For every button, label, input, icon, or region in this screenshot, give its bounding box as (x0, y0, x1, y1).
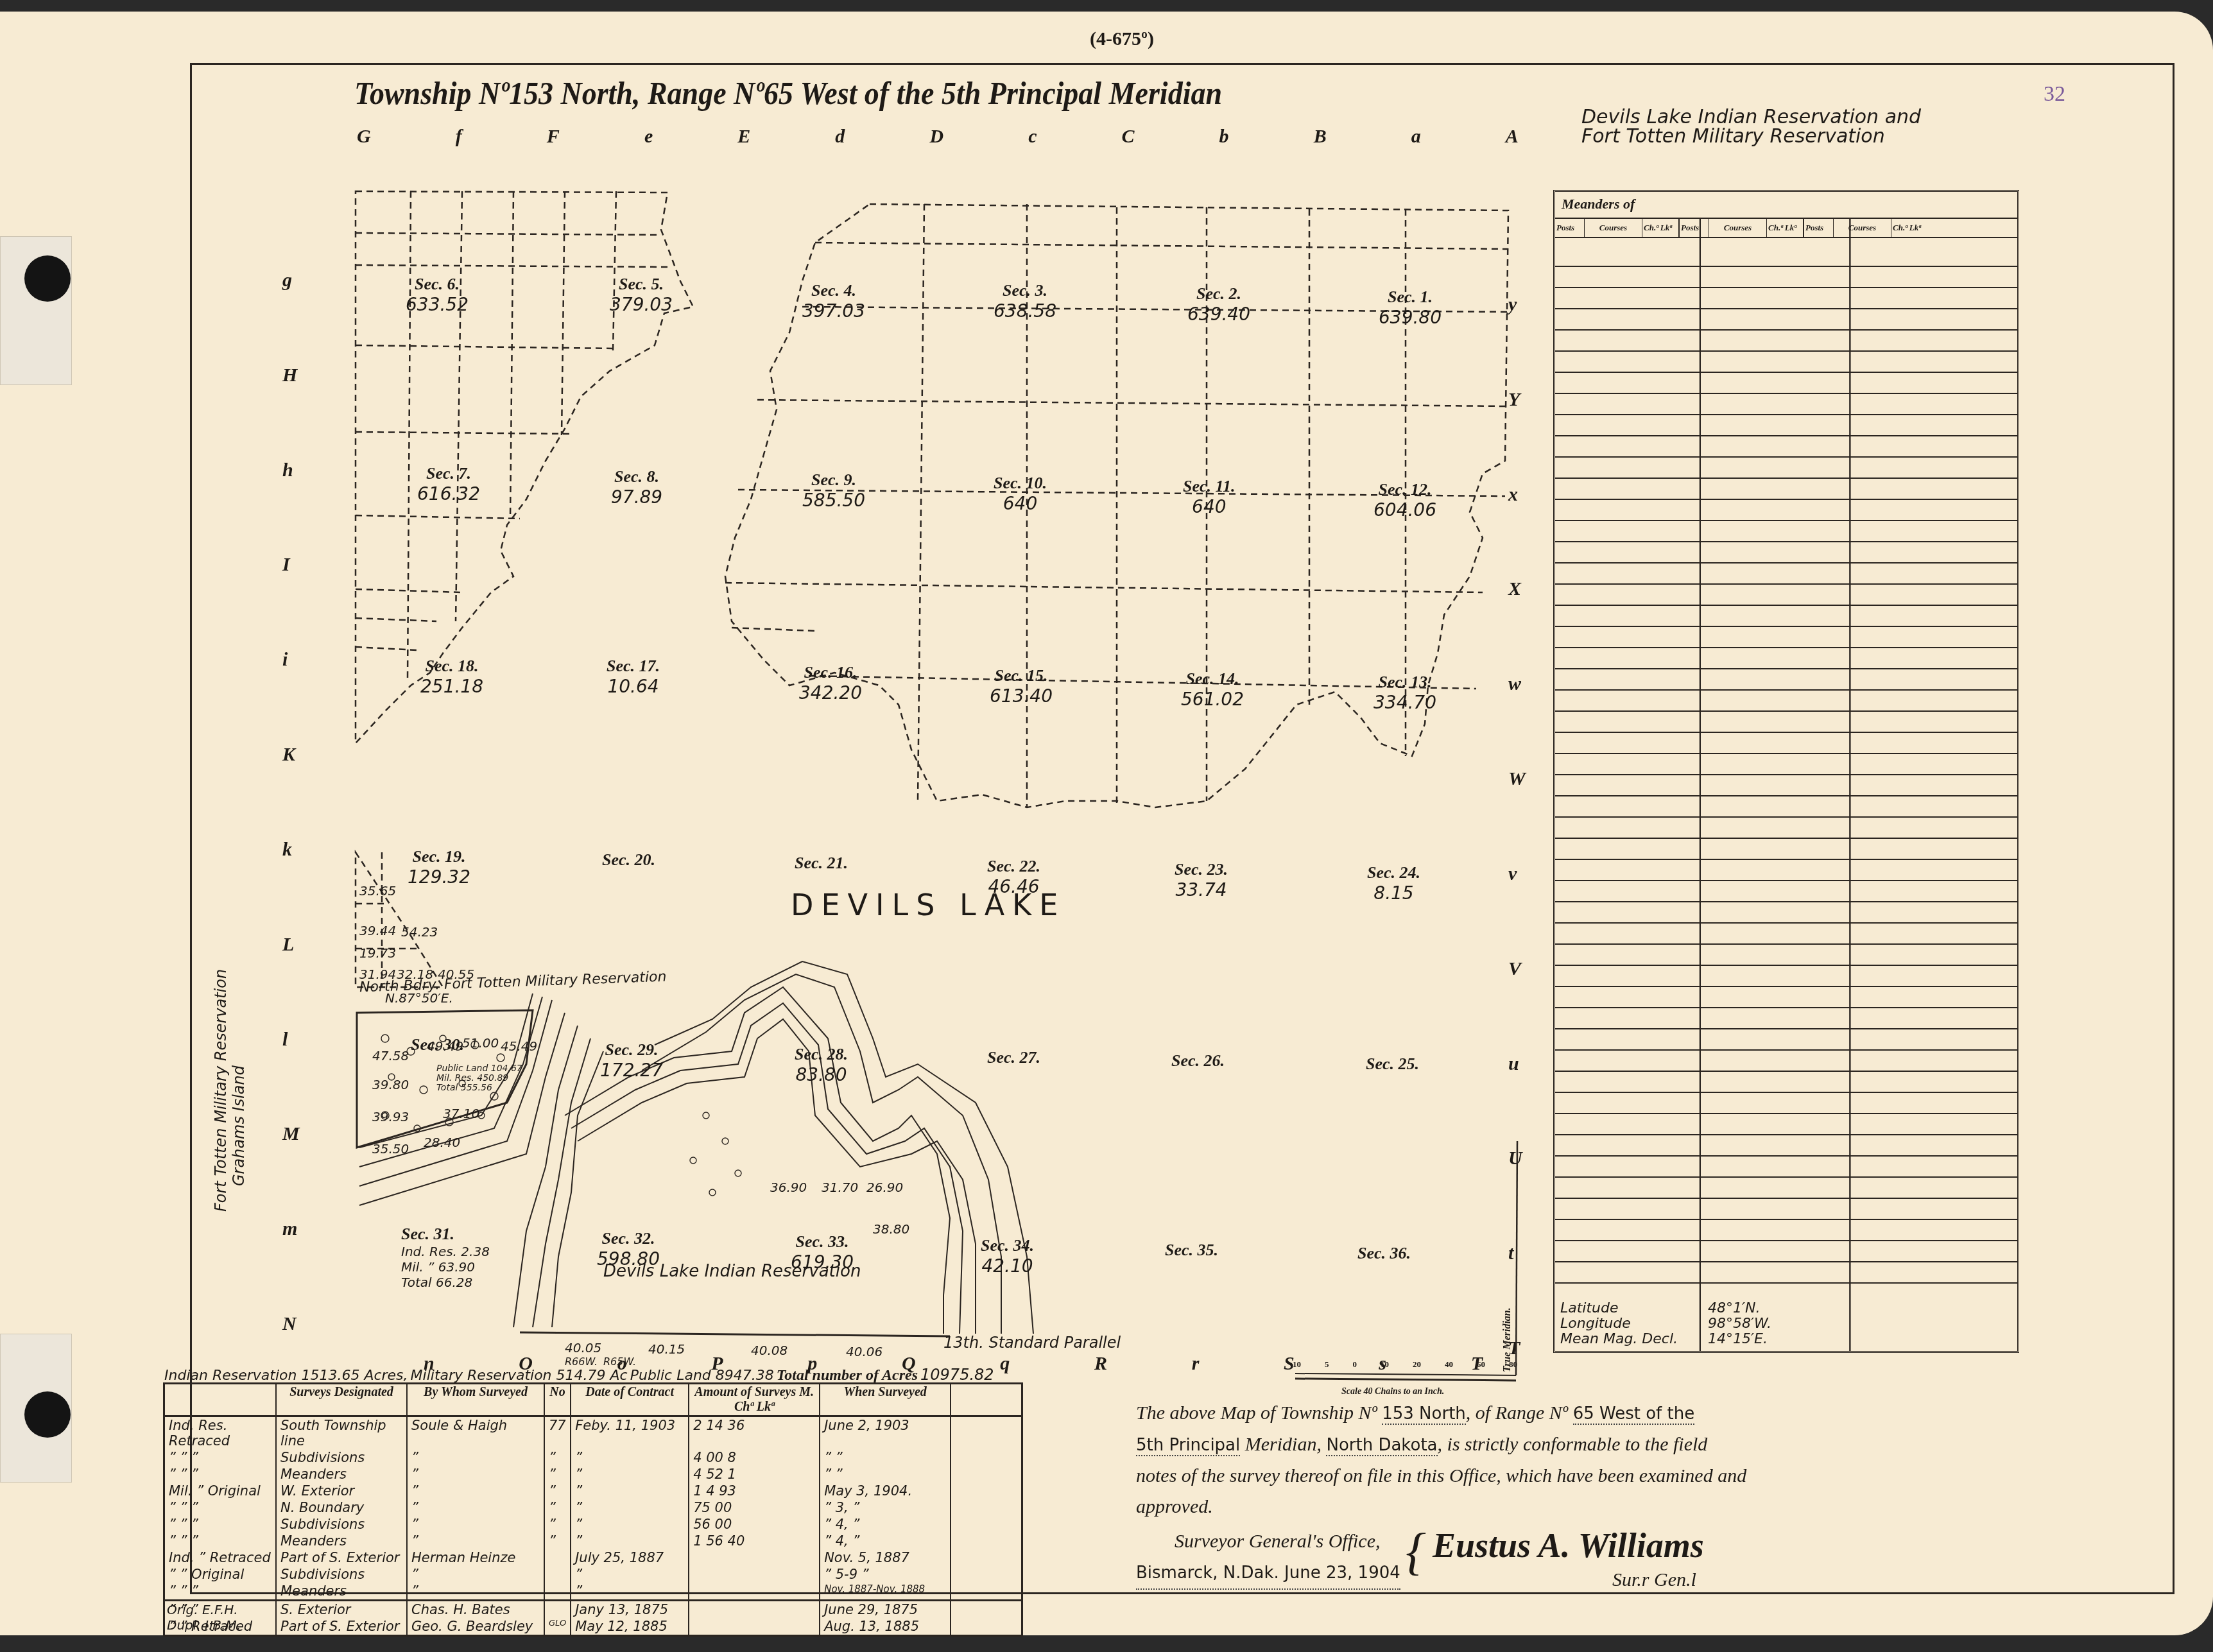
certificate: The above Map of Township Nº 153 North, … (1136, 1398, 1804, 1596)
section-3: Sec. 3.638.58 (994, 281, 1056, 322)
section-8: Sec. 8.97.89 (611, 467, 662, 508)
section-6: Sec. 6.633.52 (406, 275, 469, 315)
scale-ticks: 10501020406080 (1293, 1359, 1517, 1370)
section-16: Sec. 16.342.20 (799, 663, 862, 703)
table-row: ” ” ”Meanders”””4 52 1” ” (164, 1466, 1022, 1483)
table-row: Ind. Res. RetracedSouth Township lineSou… (164, 1416, 1022, 1450)
section-15: Sec. 15.613.40 (990, 666, 1053, 707)
lot-acres: 35.65 (359, 883, 396, 899)
section-7: Sec. 7.616.32 (417, 464, 480, 504)
section-18: Sec. 18.251.18 (420, 657, 483, 697)
table-row: ” ” ”Subdivisions”””56 00” 4, ” (164, 1516, 1022, 1533)
section-12: Sec. 12.604.06 (1373, 480, 1436, 521)
north-bearing-label: N.87°50′E. (385, 990, 453, 1006)
section-36: Sec. 36. (1357, 1244, 1411, 1263)
section-19: Sec. 19.129.32 (408, 847, 470, 888)
table-header-row: Surveys Designated By Whom Surveyed No D… (164, 1384, 1022, 1416)
section-17: Sec. 17.10.64 (607, 657, 660, 697)
section-21: Sec. 21. (795, 854, 848, 873)
lot-acres: 37.10 (443, 1106, 479, 1121)
meanders-title: Meanders of (1555, 192, 2017, 219)
section-29: Sec. 29.172.27 (600, 1040, 663, 1081)
section-9: Sec. 9.585.50 (802, 470, 865, 511)
chain-measure: 40.06 (846, 1344, 883, 1359)
section-11: Sec. 11.640 (1183, 477, 1236, 517)
lot-acres: 39.80 (372, 1077, 409, 1092)
coordinates: Latitude48°1′N. Longitude98°58′W. Mean M… (1560, 1301, 1771, 1347)
lot-acres: 39.93 (372, 1109, 409, 1124)
lot-acres: 54.23 (401, 924, 438, 940)
section-2: Sec. 2.639.40 (1187, 284, 1250, 325)
section-34: Sec. 34.42.10 (981, 1236, 1034, 1277)
lot-acres: 51.00 (462, 1035, 499, 1051)
section-5: Sec. 5.379.03 (610, 275, 673, 315)
sec30-note: Public Land 104.67Mil. Res. 450.89Total … (436, 1064, 522, 1093)
meanders-header: Posts Courses Ch.ª Lkª Posts Courses Ch.… (1555, 219, 2017, 238)
table-row: ” ” OriginalSubdivisions””” 5-9 ” (164, 1566, 1022, 1583)
section-23: Sec. 23.33.74 (1175, 860, 1228, 900)
table-row: ” ” RetracedPart of S. ExteriorGeo. G. B… (164, 1618, 1022, 1636)
lot-acres: 38.80 (873, 1221, 909, 1237)
lot-acres: 31.70 (822, 1180, 858, 1195)
section-10: Sec. 10.640 (994, 474, 1047, 514)
section-13: Sec. 13.334.70 (1373, 673, 1436, 713)
lake-name: DEVILS LAKE (791, 888, 1065, 922)
section-1: Sec. 1.639.80 (1379, 288, 1442, 328)
section-27: Sec. 27. (987, 1048, 1040, 1067)
table-row: ” ” ”N. Boundary”””75 00” 3, ” (164, 1499, 1022, 1516)
section-25: Sec. 25. (1366, 1054, 1419, 1074)
scale-label: Scale 40 Chains to an Inch. (1341, 1387, 1444, 1397)
chain-measure: 40.05 (565, 1340, 601, 1355)
section-28: Sec. 28.83.80 (795, 1045, 848, 1085)
lot-acres: 26.90 (866, 1180, 903, 1195)
chain-measure: 40.08 (751, 1343, 788, 1358)
table-row: ” ” ”Meanders”””1 56 40” 4, ” (164, 1533, 1022, 1549)
table-row: Mil. ” OriginalW. Exterior”””1 4 93May 3… (164, 1483, 1022, 1499)
lot-acres: 36.90 (770, 1180, 807, 1195)
chain-measure: 40.15 (648, 1341, 685, 1357)
indian-reservation-label: Devils Lake Indian Reservation (603, 1262, 861, 1281)
table-row: ” ” ”S. ExteriorChas. H. BatesJany 13, 1… (164, 1601, 1022, 1619)
lot-acres: 35.50 (372, 1141, 409, 1157)
section-31: Sec. 31. Ind. Res. 2.38 Mil. ” 63.90 Tot… (401, 1225, 490, 1290)
signature: Eustus A. Williams (1433, 1526, 1704, 1565)
section-26: Sec. 26. (1171, 1051, 1225, 1071)
section-20: Sec. 20. (602, 850, 655, 870)
lot-acres: 49.49 (427, 1038, 463, 1054)
survey-record-table: Surveys Designated By Whom Surveyed No D… (163, 1382, 1023, 1637)
lot-acres: 45.49 (501, 1038, 537, 1054)
draftsman-initials: Orig. E.F.H. Dupl. I.B.M. (167, 1602, 241, 1633)
lot-acres: 28.40 (424, 1135, 460, 1150)
map-sheet: (4-675º) 32 Township Nº153 North, Range … (0, 12, 2213, 1635)
lot-acres: 47.58 (372, 1048, 409, 1063)
meanders-table: Meanders of Posts Courses Ch.ª Lkª Posts… (1553, 190, 2019, 1353)
table-row: ” ” ”Meanders””Nov. 1887-Nov. 1888 (164, 1583, 1022, 1601)
table-row: Ind. ” RetracedPart of S. ExteriorHerman… (164, 1549, 1022, 1566)
fort-totten-side-label: Fort Totten Military Reservation Grahams… (212, 969, 248, 1212)
section-14: Sec. 14.561.02 (1181, 669, 1244, 710)
standard-parallel-label: 13th. Standard Parallel (943, 1334, 1121, 1352)
lot-acres: 19.73 (359, 945, 396, 961)
table-row: ” ” ”Subdivisions”””4 00 8” ” (164, 1449, 1022, 1466)
section-24: Sec. 24.8.15 (1367, 863, 1420, 904)
section-35: Sec. 35. (1165, 1241, 1218, 1260)
lot-acres: 39.44 (359, 923, 396, 938)
meanders-rows (1555, 246, 2017, 1300)
acreage-summary: Indian Reservation 1513.65 Acres, Milita… (164, 1366, 994, 1384)
section-4: Sec. 4.397.03 (802, 281, 865, 322)
